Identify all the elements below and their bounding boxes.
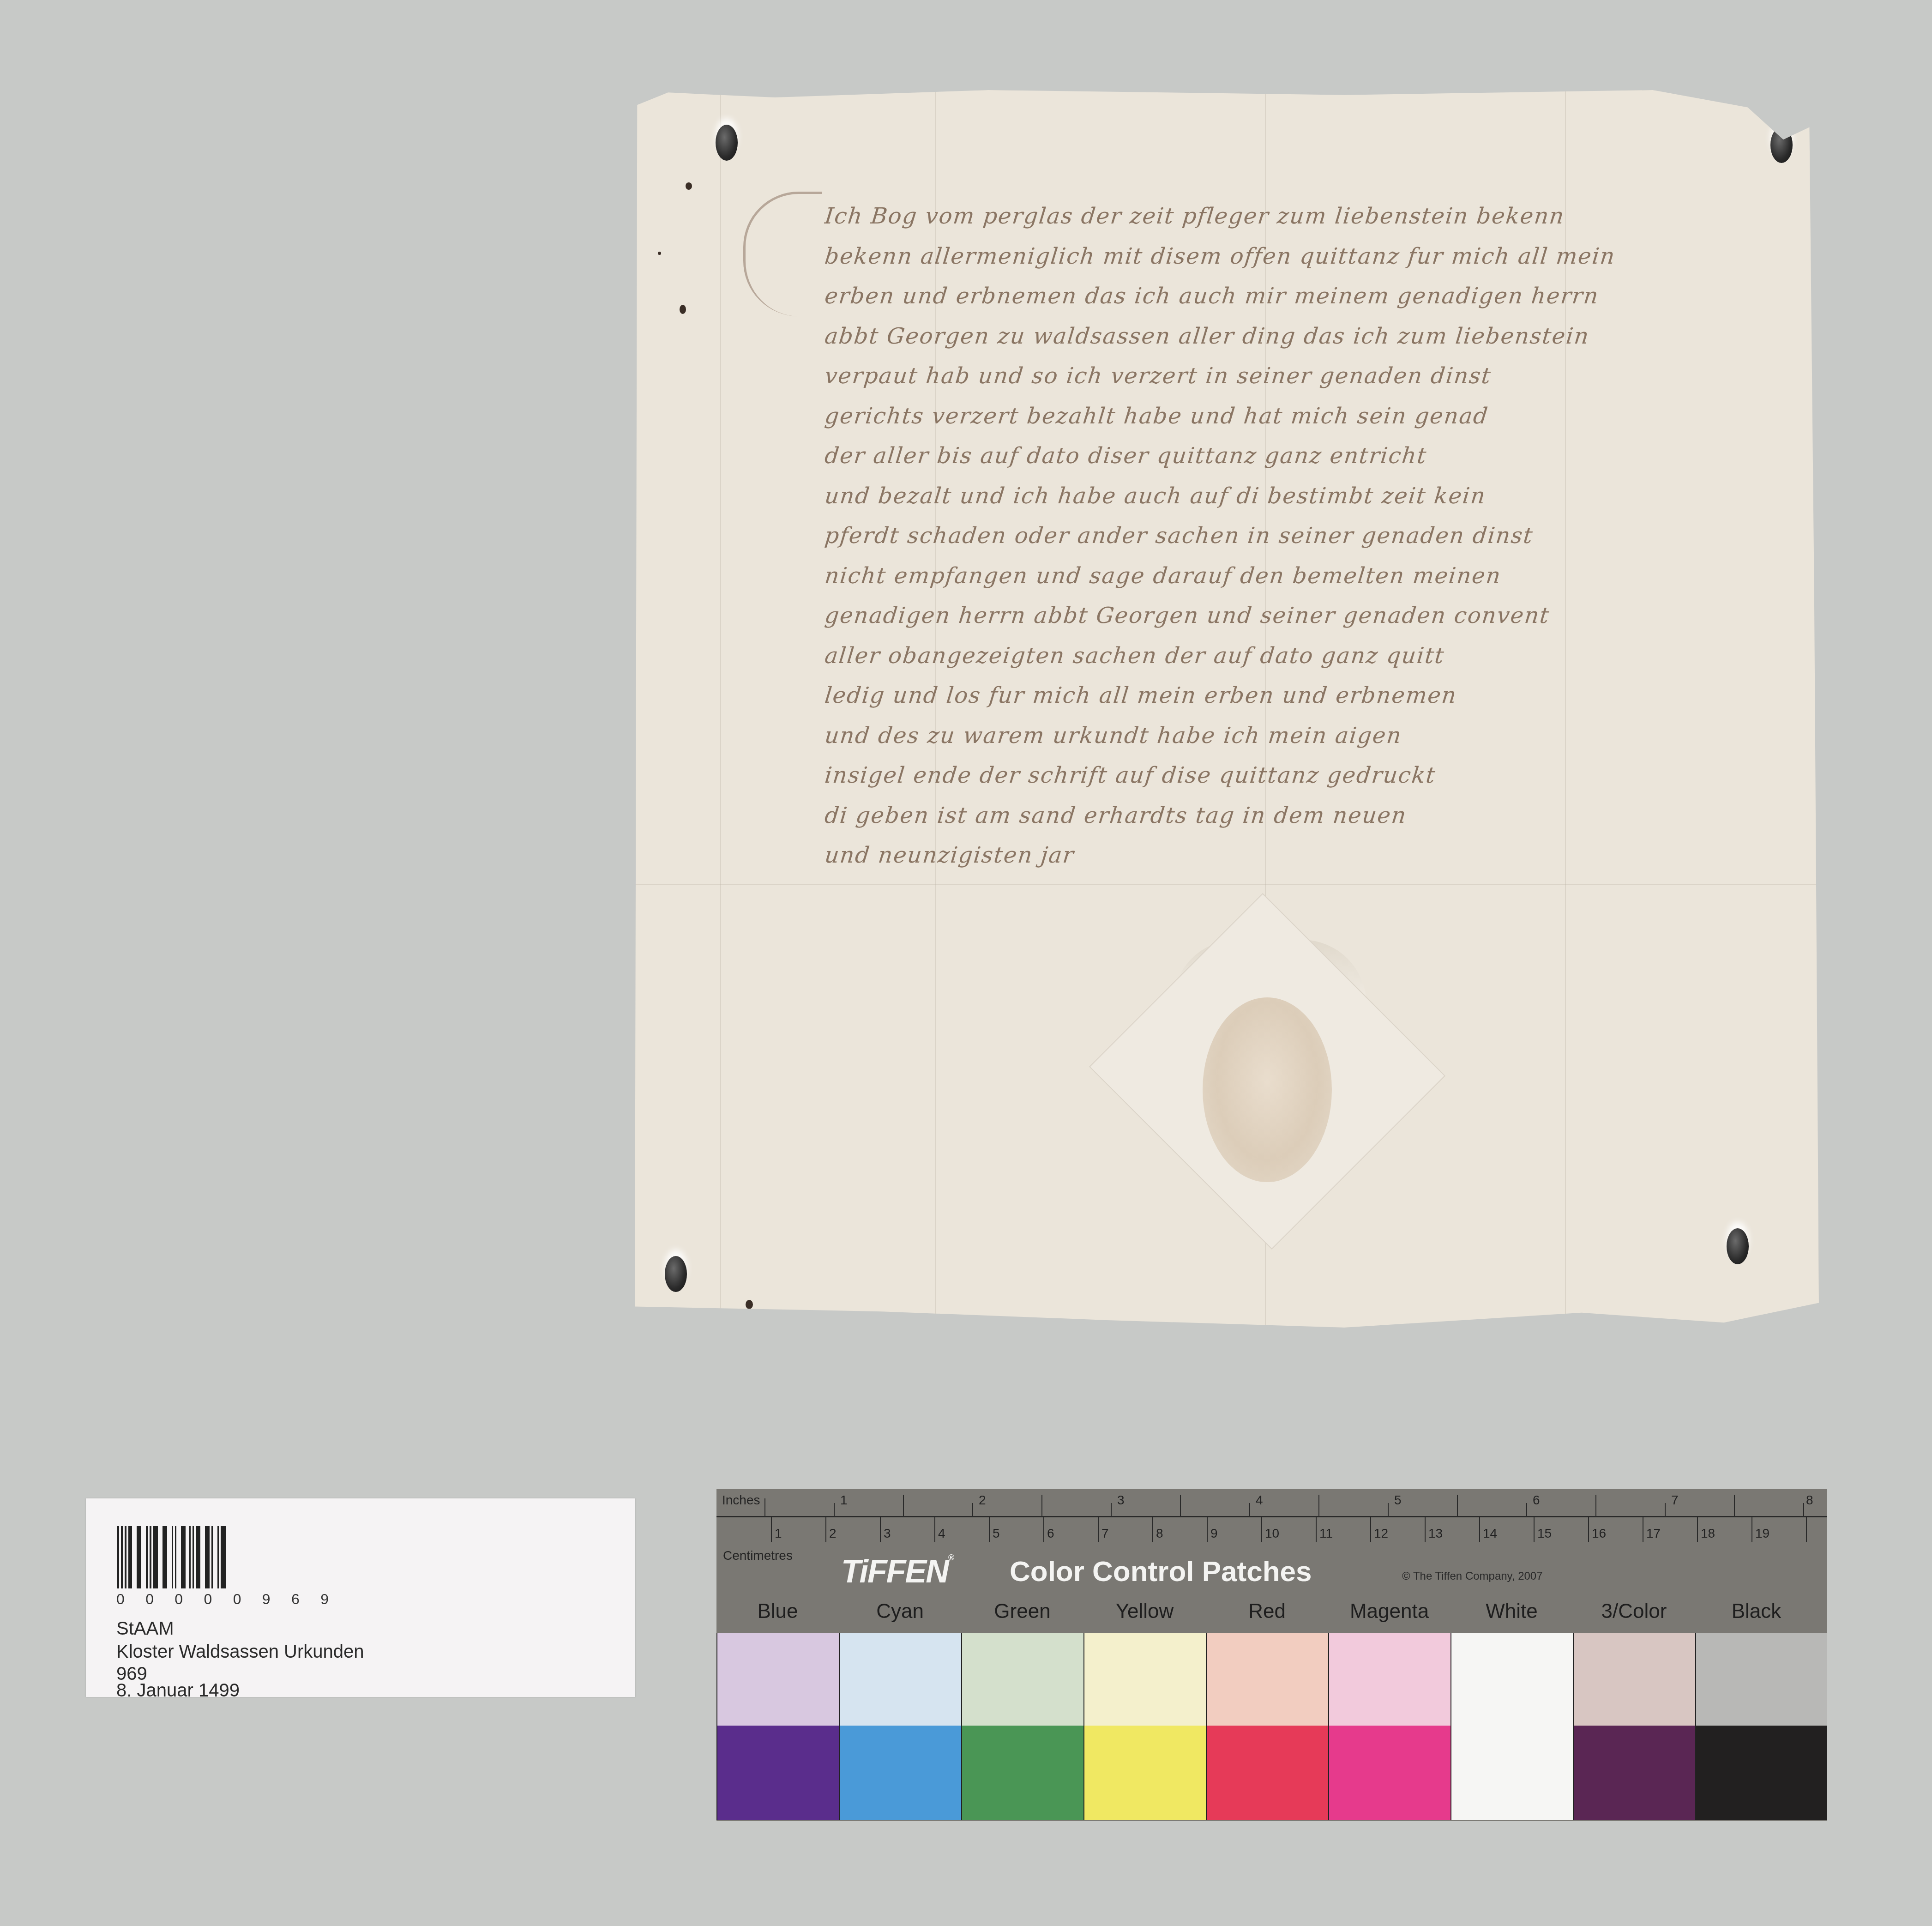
patch-green-dark <box>961 1726 1083 1820</box>
barcode <box>117 1526 228 1588</box>
patch-white <box>1451 1633 1573 1820</box>
cm-number: 18 <box>1701 1526 1715 1541</box>
patch-blue-dark <box>716 1726 839 1820</box>
barcode-digit: 0 <box>204 1591 212 1608</box>
charter-document: Ich Bog vom perglas der zeit pfleger zum… <box>632 90 1819 1328</box>
patch-label-black: Black <box>1695 1600 1818 1623</box>
color-patches <box>716 1633 1827 1820</box>
brand-name: TiFFEN <box>841 1553 948 1589</box>
patch-black-light <box>1695 1633 1827 1726</box>
script-line: aller obangezeigten sachen der auf dato … <box>822 643 1758 683</box>
inch-number: 6 <box>1533 1493 1540 1508</box>
script-line: insigel ende der schrift auf dise quitta… <box>822 762 1758 803</box>
cm-number: 5 <box>993 1526 1000 1541</box>
cm-number: 4 <box>938 1526 945 1541</box>
inch-number: 5 <box>1394 1493 1402 1508</box>
archive-label: 0 0 0 0 0 9 6 9 StAAM Kloster Waldsassen… <box>86 1498 635 1697</box>
ink-stain <box>680 305 686 314</box>
patch-magenta-light <box>1328 1633 1451 1726</box>
cm-number: 1 <box>775 1526 782 1541</box>
barcode-digit: 0 <box>233 1591 241 1608</box>
patch-magenta-dark <box>1328 1726 1451 1820</box>
script-line: der aller bis auf dato diser quittanz ga… <box>822 443 1758 483</box>
patch-cyan-dark <box>839 1726 961 1820</box>
ink-stain <box>686 182 692 190</box>
script-line: und neunzigisten jar <box>822 842 1158 882</box>
cm-number: 15 <box>1537 1526 1552 1541</box>
patch-green-light <box>961 1633 1083 1726</box>
ink-stain <box>658 252 661 255</box>
inch-number: 8 <box>1806 1493 1813 1508</box>
cm-number: 16 <box>1592 1526 1606 1541</box>
cm-number: 3 <box>884 1526 891 1541</box>
patch-label-yellow: Yellow <box>1083 1600 1206 1623</box>
script-line: pferdt schaden oder ander sachen in sein… <box>822 523 1758 563</box>
cm-number: 14 <box>1483 1526 1497 1541</box>
decorated-initial <box>743 192 822 316</box>
cm-number: 8 <box>1156 1526 1163 1541</box>
centimetres-label: Centimetres <box>723 1548 793 1563</box>
patch-3color-dark <box>1573 1726 1695 1820</box>
ruler: Inches Centimetres 1 2 3 4 5 6 7 8 <box>716 1489 1827 1549</box>
mounting-hole-top-left <box>716 125 738 161</box>
cm-number: 17 <box>1646 1526 1661 1541</box>
patch-black-dark <box>1695 1726 1827 1820</box>
cm-number: 10 <box>1265 1526 1279 1541</box>
cm-number: 19 <box>1755 1526 1769 1541</box>
inch-number: 4 <box>1256 1493 1263 1508</box>
script-line: erben und erbnemen das ich auch mir mein… <box>822 283 1758 323</box>
patch-label-white: White <box>1451 1600 1573 1623</box>
patch-cyan-light <box>839 1633 961 1726</box>
mounting-hole-top-right <box>1770 127 1793 163</box>
inch-number: 2 <box>979 1493 986 1508</box>
barcode-digit: 9 <box>320 1591 329 1608</box>
inch-number: 1 <box>840 1493 848 1508</box>
script-line: Ich Bog vom perglas der zeit pfleger zum… <box>822 203 1758 243</box>
barcode-number: 0 0 0 0 0 9 6 9 <box>116 1591 329 1608</box>
cm-number: 2 <box>829 1526 837 1541</box>
handwritten-text: Ich Bog vom perglas der zeit pfleger zum… <box>824 203 1757 882</box>
cm-number: 11 <box>1319 1526 1333 1541</box>
document-date: 8. Januar 1499 <box>116 1681 240 1700</box>
barcode-digit: 0 <box>116 1591 125 1608</box>
patch-label-green: Green <box>961 1600 1083 1623</box>
fold-line <box>720 90 721 1328</box>
patch-red-light <box>1206 1633 1328 1726</box>
ink-stain <box>746 1300 753 1309</box>
patch-label-magenta: Magenta <box>1328 1600 1451 1623</box>
collection-name: Kloster Waldsassen Urkunden <box>116 1642 364 1661</box>
cm-number: 7 <box>1101 1526 1109 1541</box>
script-line: di geben ist am sand erhardts tag in dem… <box>822 803 1758 843</box>
patch-labels: Blue Cyan Green Yellow Red Magenta White… <box>716 1600 1827 1637</box>
patch-label-cyan: Cyan <box>839 1600 961 1623</box>
script-line: gerichts verzert bezahlt habe und hat mi… <box>822 403 1758 443</box>
script-line: und des zu warem urkundt habe ich mein a… <box>822 723 1758 763</box>
barcode-digit: 9 <box>262 1591 271 1608</box>
barcode-digit: 0 <box>145 1591 154 1608</box>
mounting-hole-bottom-left <box>665 1256 687 1292</box>
patch-yellow-light <box>1083 1633 1206 1726</box>
barcode-digit: 0 <box>175 1591 183 1608</box>
archive-name: StAAM <box>116 1619 174 1638</box>
script-line: abbt Georgen zu waldsassen aller ding da… <box>822 323 1758 363</box>
patch-yellow-dark <box>1083 1726 1206 1820</box>
patch-red-dark <box>1206 1726 1328 1820</box>
ruler-midline <box>716 1516 1827 1517</box>
script-line: nicht empfangen und sage darauf den beme… <box>822 563 1758 603</box>
cm-number: 9 <box>1210 1526 1218 1541</box>
script-line: bekenn allermeniglich mit disem offen qu… <box>822 243 1758 284</box>
wax-seal <box>1203 997 1332 1182</box>
color-control-card: Inches Centimetres 1 2 3 4 5 6 7 8 <box>716 1489 1827 1821</box>
script-line: und bezalt und ich habe auch auf di best… <box>822 483 1758 523</box>
inch-number: 3 <box>1117 1493 1125 1508</box>
patch-3color-light <box>1573 1633 1695 1726</box>
patch-label-3color: 3/Color <box>1573 1600 1695 1623</box>
mounting-hole-bottom-right <box>1727 1228 1749 1264</box>
barcode-digit: 6 <box>291 1591 300 1608</box>
cm-number: 13 <box>1428 1526 1443 1541</box>
script-line: genadigen herrn abbt Georgen und seiner … <box>822 603 1758 643</box>
copyright-notice: © The Tiffen Company, 2007 <box>1402 1570 1543 1583</box>
script-line: verpaut hab und so ich verzert in seiner… <box>822 363 1758 403</box>
fold-line <box>632 884 1819 885</box>
card-title: Color Control Patches <box>1010 1555 1312 1588</box>
tiffen-logo: TiFFEN® <box>841 1553 953 1590</box>
script-line: ledig und los fur mich all mein erben un… <box>822 682 1758 723</box>
patch-label-red: Red <box>1206 1600 1328 1623</box>
inch-number: 7 <box>1671 1493 1679 1508</box>
patch-blue-light <box>716 1633 839 1726</box>
inches-label: Inches <box>722 1493 760 1508</box>
registered-mark: ® <box>948 1553 953 1562</box>
patch-label-blue: Blue <box>716 1600 839 1623</box>
cm-number: 6 <box>1047 1526 1054 1541</box>
cm-number: 12 <box>1374 1526 1388 1541</box>
